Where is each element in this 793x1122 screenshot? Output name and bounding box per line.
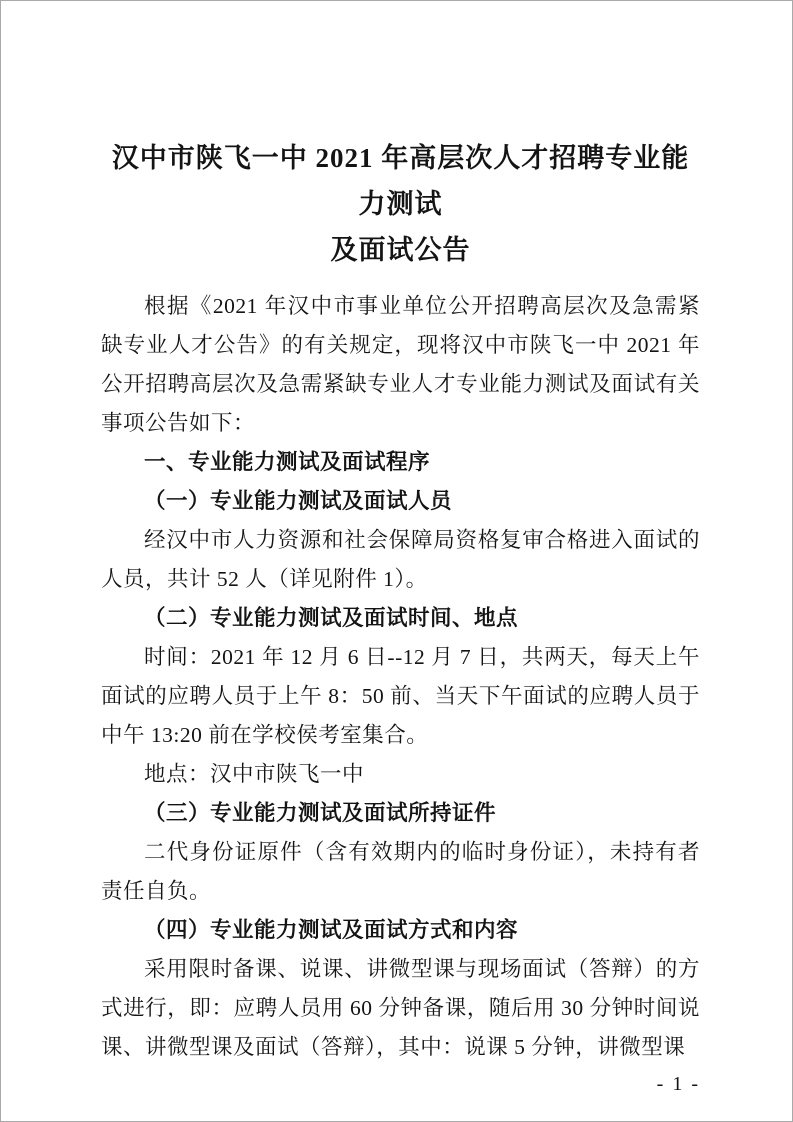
paragraph-id-card: 二代身份证原件（含有效期内的临时身份证），未持有者责任自负。 [101,833,700,911]
document-title-line1: 汉中市陕飞一中 2021 年高层次人才招聘专业能力测试 [112,143,690,219]
paragraph-intro: 根据《2021 年汉中市事业单位公开招聘高层次及急需紧缺专业人才公告》的有关规定… [101,287,700,443]
section-heading-1-4: （四）专业能力测试及面试方式和内容 [101,911,700,950]
paragraph-candidates: 经汉中市人力资源和社会保障局资格复审合格进入面试的人员，共计 52 人（详见附件… [101,521,700,599]
paragraph-time: 时间：2021 年 12 月 6 日--12 月 7 日，共两天，每天上午面试的… [101,638,700,755]
paragraph-test-method: 采用限时备课、说课、讲微型课与现场面试（答辩）的方式进行，即：应聘人员用 60 … [101,950,700,1067]
document-title-line2: 及面试公告 [331,235,471,265]
section-heading-1: 一、专业能力测试及面试程序 [101,443,700,482]
document-content: 汉中市陕飞一中 2021 年高层次人才招聘专业能力测试 及面试公告 根据《202… [101,135,700,1099]
document-page: 汉中市陕飞一中 2021 年高层次人才招聘专业能力测试 及面试公告 根据《202… [0,0,793,1122]
document-title: 汉中市陕飞一中 2021 年高层次人才招聘专业能力测试 及面试公告 [101,135,700,273]
paragraph-location: 地点：汉中市陕飞一中 [101,755,700,794]
section-heading-1-3: （三）专业能力测试及面试所持证件 [101,794,700,833]
section-heading-1-2: （二）专业能力测试及面试时间、地点 [101,599,700,638]
page-number: - 1 - [101,1067,700,1099]
section-heading-1-1: （一）专业能力测试及面试人员 [101,482,700,521]
